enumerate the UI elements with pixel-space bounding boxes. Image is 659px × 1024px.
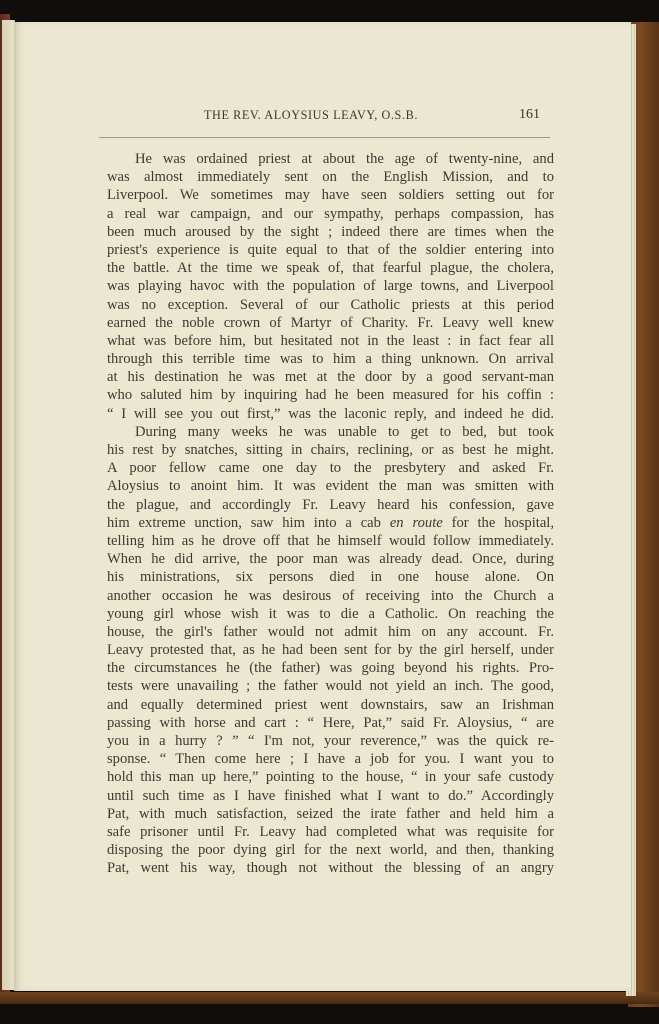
text-line: disposing the poor dying girl for the ne… <box>107 841 554 859</box>
text-line: telling him as he drove off that he hims… <box>107 532 554 550</box>
text-line: you in a hurry ? ” “ I'm not, your rever… <box>107 732 554 750</box>
text-line: who saluted him by inquiring had he been… <box>107 386 554 404</box>
text-line: sponse. “ Then come here ; I have a job … <box>107 750 554 768</box>
text-line: until such time as I have finished what … <box>107 787 554 805</box>
running-head: THE REV. ALOYSIUS LEAVY, O.S.B. 161 <box>14 108 631 128</box>
text-line: earned the noble crown of Martyr of Char… <box>107 314 554 332</box>
text-line: “ I will see you out first,” was the lac… <box>107 405 554 423</box>
book-page: THE REV. ALOYSIUS LEAVY, O.S.B. 161 He w… <box>14 22 631 991</box>
text-line: what was before him, but hesitated not i… <box>107 332 554 350</box>
text-line: was almost immediately sent on the Engli… <box>107 168 554 186</box>
header-rule <box>99 137 550 138</box>
text-line: hold this man up here,” pointing to the … <box>107 768 554 786</box>
text-line: and equally determined priest went downs… <box>107 696 554 714</box>
text-line: Aloysius to anoint him. It was evident t… <box>107 477 554 495</box>
text-line: house, the girl's father would not admit… <box>107 623 554 641</box>
text-line: He was ordained priest at about the age … <box>107 150 554 168</box>
text-line: through this terrible time was to him a … <box>107 350 554 368</box>
text-line: was playing havoc with the population of… <box>107 277 554 295</box>
text-line: passing with horse and cart : “ Here, Pa… <box>107 714 554 732</box>
text-line: his ministrations, six persons died in o… <box>107 568 554 586</box>
text-line: During many weeks he was unable to get t… <box>107 423 554 441</box>
text-line: the circumstances he (the father) was go… <box>107 659 554 677</box>
text-line: Pat, with much satisfaction, seized the … <box>107 805 554 823</box>
text-line: the battle. At the time we speak of, tha… <box>107 259 554 277</box>
text-line: A poor fellow came one day to the presby… <box>107 459 554 477</box>
text-line: priest's experience is quite equal to th… <box>107 241 554 259</box>
text-line: his rest by snatches, sitting in chairs,… <box>107 441 554 459</box>
text-line: been much aroused by the sight ; indeed … <box>107 223 554 241</box>
running-title: THE REV. ALOYSIUS LEAVY, O.S.B. <box>204 108 418 123</box>
text-line: Leavy protested that, as he had been sen… <box>107 641 554 659</box>
body-text: He was ordained priest at about the age … <box>107 150 554 878</box>
text-line: tests were unavailing ; the father would… <box>107 677 554 695</box>
text-line: Pat, went his way, though not without th… <box>107 859 554 877</box>
text-line: another occasion he was desirous of rece… <box>107 587 554 605</box>
text-line: safe prisoner until Fr. Leavy had comple… <box>107 823 554 841</box>
text-line: young girl whose wish it was to die a Ca… <box>107 605 554 623</box>
text-line: him extreme unction, saw him into a cab … <box>107 514 554 532</box>
page-number: 161 <box>519 107 540 123</box>
book-cover-bottom-edge <box>0 992 659 1004</box>
text-line: When he did arrive, the poor man was alr… <box>107 550 554 568</box>
text-line: at his destination he was met at the doo… <box>107 368 554 386</box>
text-line: a real war campaign, and our sympathy, p… <box>107 205 554 223</box>
text-line: the plague, and accordingly Fr. Leavy he… <box>107 496 554 514</box>
text-line: was no exception. Several of our Catholi… <box>107 296 554 314</box>
text-line: Liverpool. We sometimes may have seen so… <box>107 186 554 204</box>
